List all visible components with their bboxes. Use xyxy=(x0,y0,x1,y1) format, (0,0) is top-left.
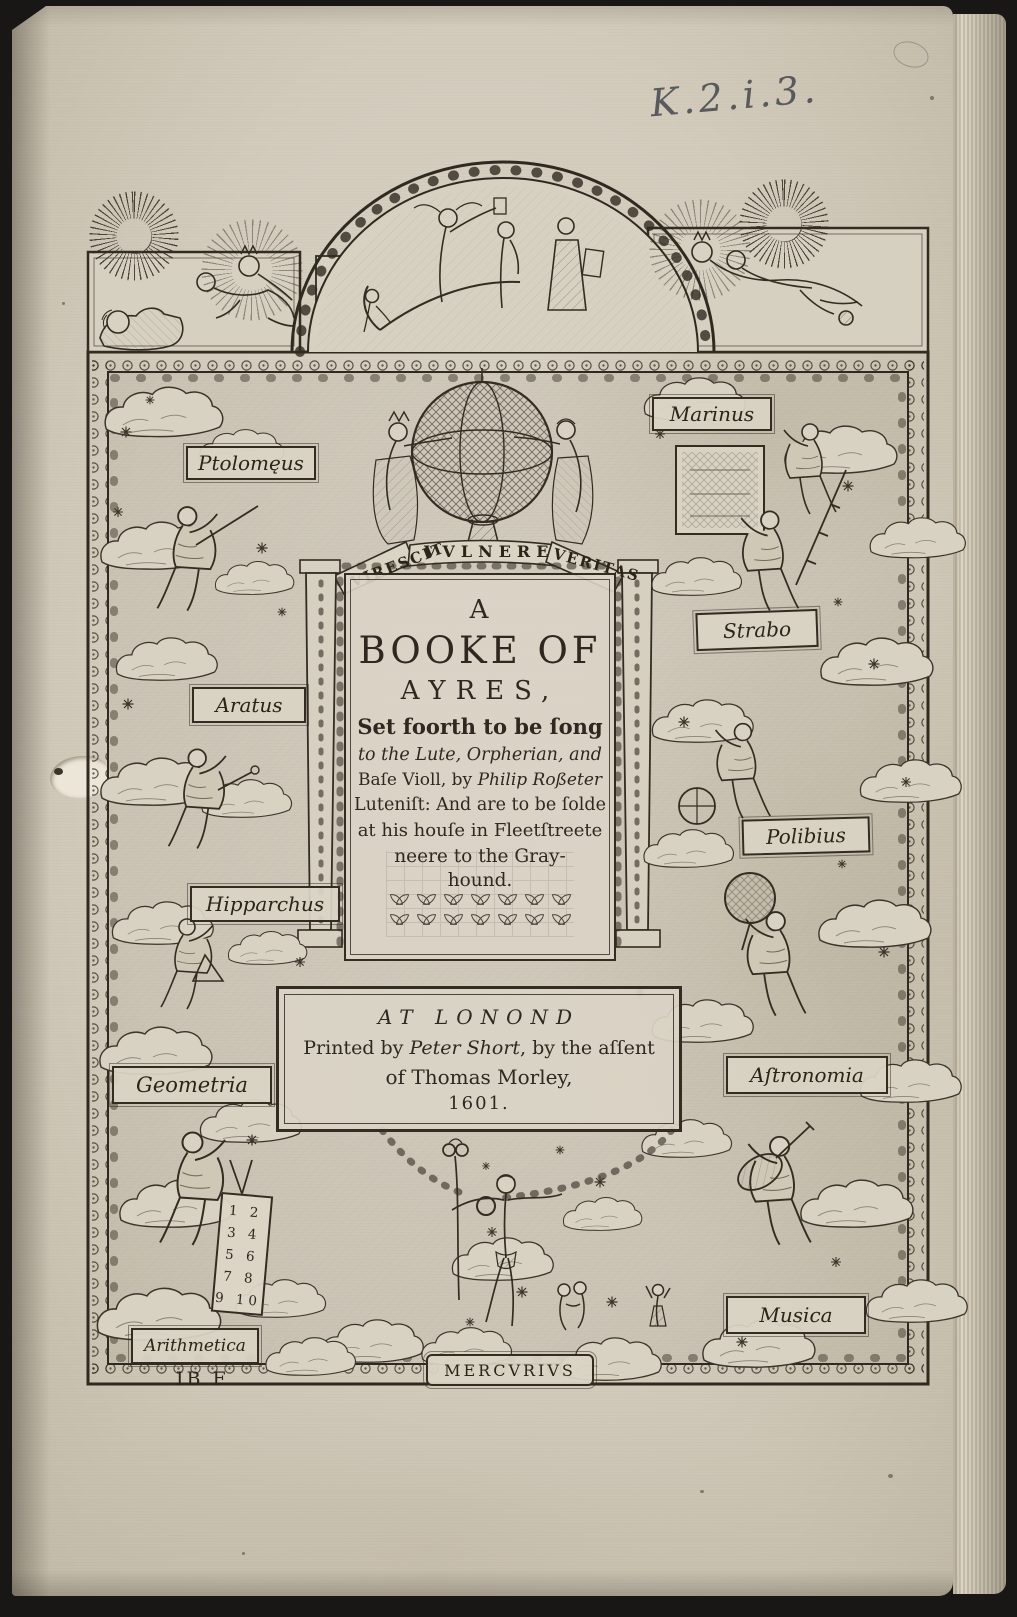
title-line-grayhound-1: neere to the Gray- xyxy=(346,846,614,867)
tablet-row: 9 10 xyxy=(213,1287,263,1313)
imprint-box: AT LONOND Printed by Peter Short, by the… xyxy=(276,986,682,1132)
imprint-place: AT LONOND xyxy=(279,1005,679,1029)
printer-ornament-row xyxy=(346,911,614,927)
imprint-year: 1601. xyxy=(279,1093,679,1114)
figure-label-polibius: Polibius xyxy=(742,816,871,855)
printer-ornament-row xyxy=(346,891,614,907)
imprint-printer-name: Peter Short xyxy=(409,1037,520,1059)
imprint-printed-by: Printed by xyxy=(303,1037,409,1059)
figure-label-hipparchus: Hipparchus xyxy=(190,886,340,922)
engraver-monogram: IB F xyxy=(176,1368,229,1390)
title-author-name: Philip Roßeter xyxy=(478,770,602,790)
figure-label-ptolomeus: Ptolomęus xyxy=(186,446,316,480)
radiance-halo-left xyxy=(196,214,308,326)
imprint-assent: , by the aſſent xyxy=(520,1037,655,1059)
title-line-fleetstreete: at his houſe in Fleetſtreete xyxy=(346,820,614,841)
title-line-f-roman: Baſe Violl, by xyxy=(358,770,478,790)
moon-face-icon xyxy=(768,208,802,242)
number-tablet: 1 2 3 4 5 6 7 8 9 10 xyxy=(211,1192,273,1316)
title-line-grayhound-2: hound. xyxy=(346,870,614,891)
title-line-lute: to the Lute, Orpherian, and xyxy=(346,745,614,765)
motto-center: VVLNERE xyxy=(424,542,554,561)
title-line-set-foorth: Set foorth to be ſong xyxy=(346,714,614,739)
figure-label-musica: Musica xyxy=(726,1296,866,1334)
figure-label-arithmetica: Arithmetica xyxy=(131,1328,259,1364)
title-cartouche: A BOOKE OF AYRES, Set foorth to be ſong … xyxy=(344,573,616,961)
figure-label-astronomia: Aſtronomia xyxy=(726,1056,888,1094)
sphere-icon xyxy=(725,873,775,923)
sun-icon-left xyxy=(86,188,182,284)
title-line-base-violl: Baſe Violl, by Philip Roßeter xyxy=(346,770,614,790)
figure-label-geometria: Geometria xyxy=(112,1066,272,1104)
title-line-lutenist: Luteniſt: And are to be ſolde xyxy=(346,795,614,815)
imprint-printer-line: Printed by Peter Short, by the aſſent xyxy=(279,1037,679,1059)
radiance-halo-right xyxy=(648,198,752,302)
title-line-booke-of: BOOKE OF xyxy=(346,629,614,672)
title-line-a: A xyxy=(346,595,614,625)
sun-face-icon xyxy=(118,220,152,254)
figure-label-aratus: Aratus xyxy=(192,687,306,723)
title-line-ayres: AYRES, xyxy=(346,676,614,706)
scanned-book-page: K.2.i.3. VIRESCIT VVLNERE VERITAS Ptolom… xyxy=(0,0,1017,1617)
imprint-morley-line: of Thomas Morley, xyxy=(279,1065,679,1089)
figure-label-marinus: Marinus xyxy=(652,397,772,431)
figure-label-strabo: Strabo xyxy=(695,609,818,651)
figure-label-mercurius: MERCVRIVS xyxy=(426,1354,594,1386)
